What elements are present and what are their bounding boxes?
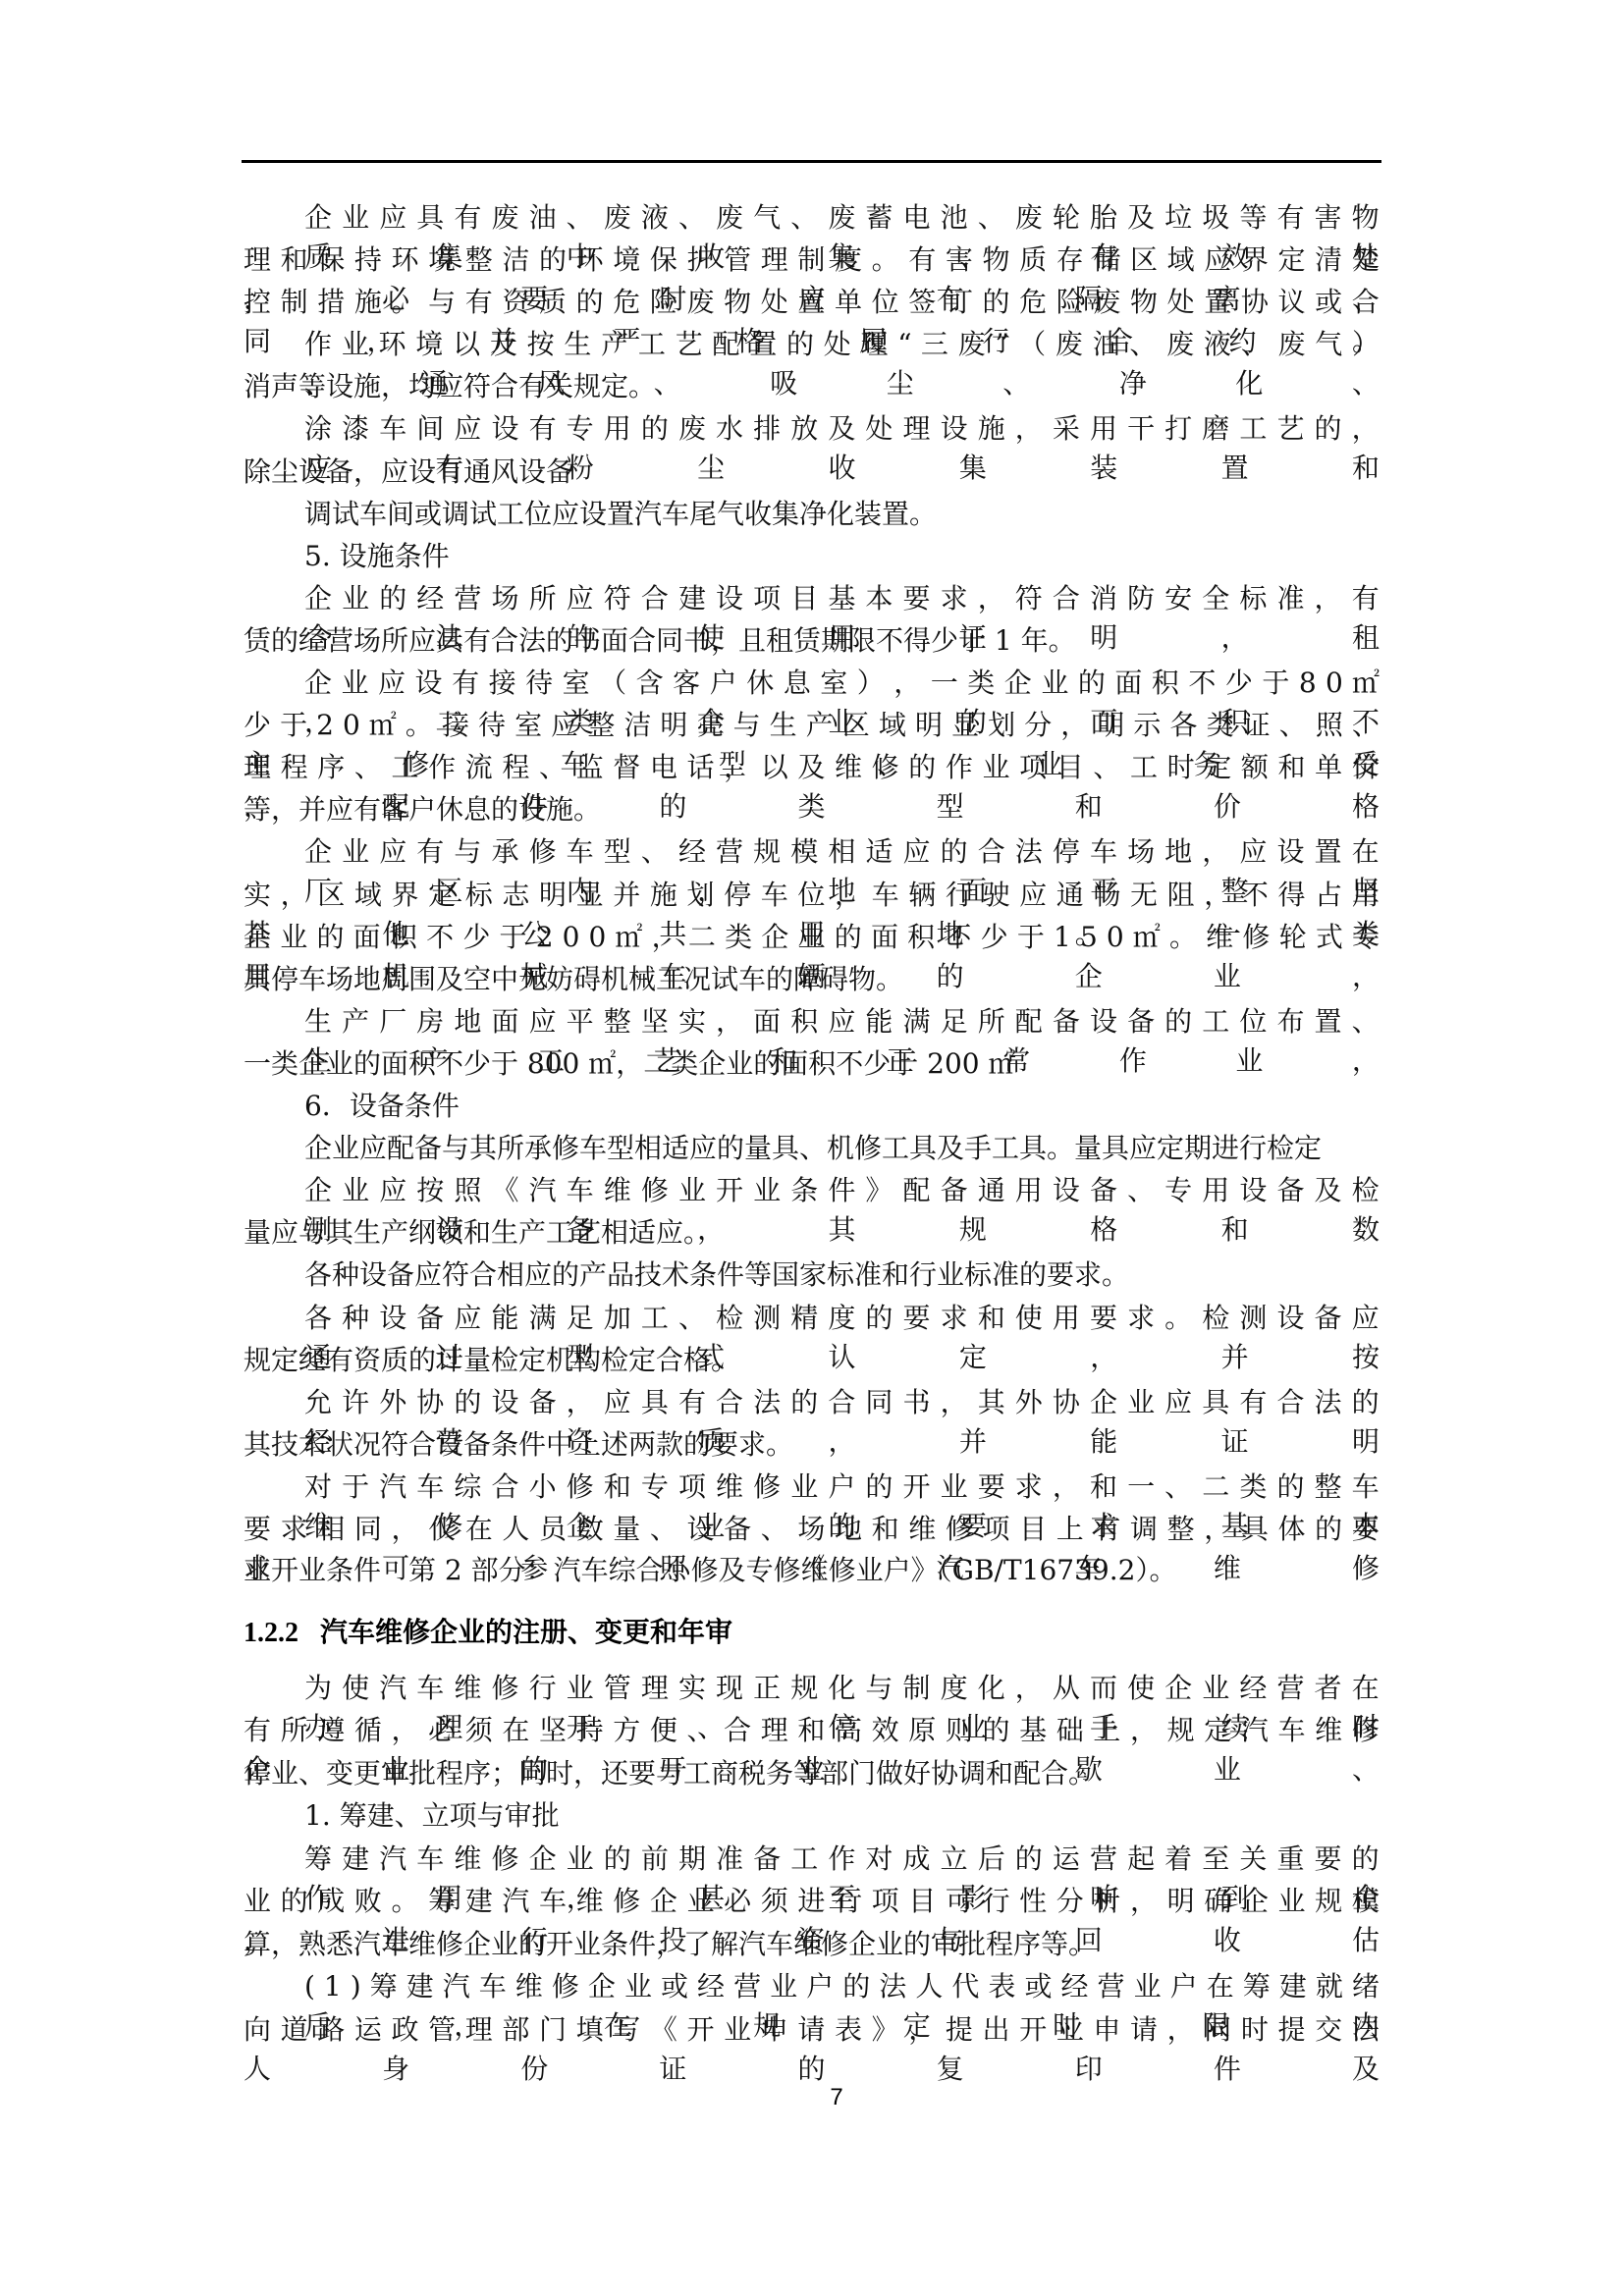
section-title: 汽车维修企业的注册、变更和年审 bbox=[320, 1616, 732, 1648]
text-line: 对 于 汽 车 综 合 小 修 和 专 项 维 修 业 户 的 开 业 要 求 … bbox=[244, 1468, 1380, 1507]
text-line: 控 制 措 施 。 与 有 资 质 的 危 险 废 物 处 置 单 位 签 订 … bbox=[244, 283, 1380, 322]
text-line: 消声等设施，均应符合有关规定。 bbox=[244, 367, 1380, 406]
text-line: 少 于 2 0 ㎡ 。 接 待 室 应 整 洁 明 亮 与 生 产 区 域 明 … bbox=[244, 706, 1380, 745]
text-line: 企业应配备与其所承修车型相适应的量具、机修工具及手工具。量具应定期进行检定 bbox=[244, 1129, 1380, 1168]
subsection-label: 6．设备条件 bbox=[244, 1087, 1380, 1126]
header-rule bbox=[242, 160, 1381, 163]
text-line: 算，熟悉汽车维修企业的开业条件，了解汽车维修企业的审批程序等。 bbox=[244, 1925, 1380, 1964]
text-line: 为 使 汽 车 维 修 行 业 管 理 实 现 正 规 化 与 制 度 化 ， … bbox=[244, 1669, 1380, 1708]
text-line: 生 产 厂 房 地 面 应 平 整 坚 实 ， 面 积 应 能 满 足 所 配 … bbox=[244, 1002, 1380, 1041]
text-line: 有 所 遵 循 ， 必 须 在 坚 持 方 便 、 合 理 和 高 效 原 则 … bbox=[244, 1711, 1380, 1750]
text-line: 其停车场地周围及空中无妨碍机械工况试车的障碍物。 bbox=[244, 960, 1380, 999]
page-number: 7 bbox=[817, 2083, 856, 2112]
text-line: 企 业 应 设 有 接 待 室 （ 含 客 户 休 息 室 ） ， 一 类 企 … bbox=[244, 664, 1380, 703]
text-line: 企 业 的 经 营 场 所 应 符 合 建 设 项 目 基 本 要 求 ， 符 … bbox=[244, 579, 1380, 618]
text-line: 理 和 保 持 环 境 整 洁 的 环 境 保 护 管 理 制 度 。 有 害 … bbox=[244, 240, 1380, 280]
text-line: 企 业 应 按 照 《 汽 车 维 修 业 开 业 条 件 》 配 备 通 用 … bbox=[244, 1171, 1380, 1210]
text-line: 赁的经营场所应具有合法的书面合同书，且租赁期限不得少于 1 年。 bbox=[244, 621, 1380, 661]
text-line: 筹 建 汽 车 维 修 企 业 的 前 期 准 备 工 作 对 成 立 后 的 … bbox=[244, 1840, 1380, 1879]
text-line: 各 种 设 备 应 能 满 足 加 工 、 检 测 精 度 的 要 求 和 使 … bbox=[244, 1299, 1380, 1338]
text-line: 允 许 外 协 的 设 备 ， 应 具 有 合 法 的 合 同 书 ， 其 外 … bbox=[244, 1383, 1380, 1422]
text-line: 企 业 应 具 有 废 油 、 废 液 、 废 气 、 废 蓄 电 池 、 废 … bbox=[244, 198, 1380, 238]
text-line: 业 的 成 败 。 筹 建 汽 车 维 修 企 业 必 须 进 行 项 目 可 … bbox=[244, 1882, 1380, 1921]
subsection-label: 1. 筹建、立项与审批 bbox=[244, 1796, 1380, 1836]
text-line: 业开业条件 第 2 部分：汽车综合小修及专修维修业户》（GB/T16739.2）… bbox=[244, 1551, 1380, 1590]
text-line: 其技术状况符合设备条件中上述两款的要求。 bbox=[244, 1425, 1380, 1465]
text-line: 企 业 应 有 与 承 修 车 型 、 经 营 规 模 相 适 应 的 合 法 … bbox=[244, 832, 1380, 872]
text-line: ( 1 ) 筹 建 汽 车 维 修 企 业 或 经 营 业 户 的 法 人 代 … bbox=[244, 1967, 1380, 2006]
subsection-label: 5. 设施条件 bbox=[244, 537, 1380, 576]
text-line: 规定经有资质的计量检定机构检定合格。 bbox=[244, 1341, 1380, 1380]
document-page: 企 业 应 具 有 废 油 、 废 液 、 废 气 、 废 蓄 电 池 、 废 … bbox=[0, 0, 1624, 2296]
text-line: 涂 漆 车 间 应 设 有 专 用 的 废 水 排 放 及 处 理 设 施 ， … bbox=[244, 409, 1380, 449]
text-line: 停业、变更审批程序；同时，还要与工商税务等部门做好协调和配合。 bbox=[244, 1754, 1380, 1793]
text-line: 等，并应有客户休息的设施。 bbox=[244, 790, 1380, 829]
text-line: 要 求 相 同 ， 仅 在 人 员 数 量 、 设 备 、 场 地 和 维 修 … bbox=[244, 1510, 1380, 1549]
section-heading: 1.2.2汽车维修企业的注册、变更和年审 bbox=[244, 1613, 732, 1652]
text-line: 除尘设备，应设有通风设备 bbox=[244, 453, 1380, 492]
text-line: 量应与其生产纲领和生产工艺相适应。 bbox=[244, 1213, 1380, 1253]
text-line: 各种设备应符合相应的产品技术条件等国家标准和行业标准的要求。 bbox=[244, 1255, 1380, 1295]
text-line: 作 业 环 境 以 及 按 生 产 工 艺 配 置 的 处 理 “ 三 废 ” … bbox=[244, 325, 1380, 364]
text-line: 实 ， 区 域 界 定 标 志 明 显 并 施 划 停 车 位 ， 车 辆 行 … bbox=[244, 876, 1380, 915]
text-line: 企 业 的 面 积 不 少 于 2 0 0 ㎡ ， 二 类 企 业 的 面 积 … bbox=[244, 918, 1380, 957]
text-line: 调试车间或调试工位应设置汽车尾气收集净化装置。 bbox=[244, 495, 1380, 534]
text-line: 理 程 序 、 工 作 流 程 、 监 督 电 话 ， 以 及 维 修 的 作 … bbox=[244, 748, 1380, 787]
text-line: 向 道 路 运 政 管 理 部 门 填 写 《 开 业 申 请 表 》 ， 提 … bbox=[244, 2010, 1380, 2050]
text-line: 一类企业的面积不少于 800 ㎡，二类企业的面积不少于 200 ㎡ bbox=[244, 1044, 1380, 1084]
section-number: 1.2.2 bbox=[244, 1614, 320, 1653]
